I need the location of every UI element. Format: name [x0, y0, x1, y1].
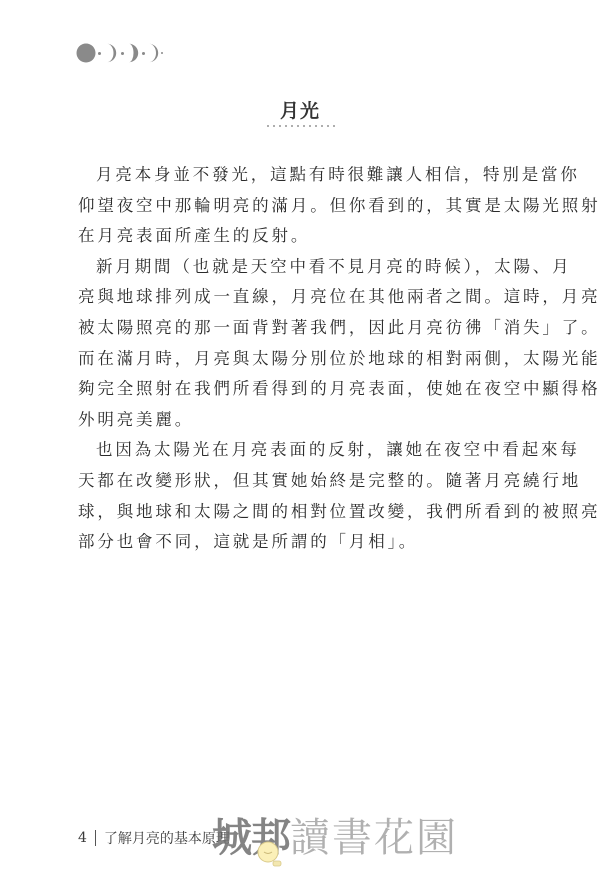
page-footer: 4 了解月亮的基本原理	[78, 828, 230, 848]
text-line: 部分也會不同，這就是所謂的「月相」。	[78, 527, 498, 558]
running-chapter-title: 了解月亮的基本原理	[104, 828, 230, 848]
paragraph-1: 月亮本身並不發光，這點有時很難讓人相信，特別是當你 仰望夜空中那輪明亮的滿月。但…	[78, 160, 498, 252]
text-line: 天都在改變形狀，但其實她始終是完整的。隨著月亮繞行地	[78, 466, 498, 497]
title-dotted-underline	[265, 125, 337, 127]
mascot-bulb-icon	[256, 840, 286, 870]
text-line: 夠完全照射在我們所看得到的月亮表面，使她在夜空中顯得格	[78, 374, 498, 405]
text-line: 被太陽照亮的那一面背對著我們，因此月亮彷彿「消失」了。	[78, 313, 498, 344]
text-line: 球，與地球和太陽之間的相對位置改變，我們所看到的被照亮	[78, 497, 498, 528]
text-line: 而在滿月時，月亮與太陽分別位於地球的相對兩側，太陽光能	[78, 344, 498, 375]
body-text: 月亮本身並不發光，這點有時很難讓人相信，特別是當你 仰望夜空中那輪明亮的滿月。但…	[78, 160, 498, 558]
section-title: 月光	[0, 96, 600, 123]
page-number: 4	[78, 830, 87, 846]
crescent-moon-icon	[147, 43, 159, 63]
watermark-light-text: 讀書花園	[290, 806, 458, 863]
half-moon-icon	[126, 43, 140, 63]
moon-phase-decoration	[76, 42, 165, 64]
dot-separator	[142, 52, 145, 55]
text-line: 月亮本身並不發光，這點有時很難讓人相信，特別是當你	[78, 160, 498, 191]
paragraph-2: 新月期間（也就是天空中看不見月亮的時候），太陽、月 亮與地球排列成一直線，月亮位…	[78, 252, 498, 436]
footer-divider	[95, 830, 96, 846]
text-line: 新月期間（也就是天空中看不見月亮的時候），太陽、月	[78, 252, 498, 283]
paragraph-3: 也因為太陽光在月亮表面的反射，讓她在夜空中看起來每 天都在改變形狀，但其實她始終…	[78, 435, 498, 557]
waning-gibbous-icon	[103, 43, 119, 63]
text-line: 也因為太陽光在月亮表面的反射，讓她在夜空中看起來每	[78, 435, 498, 466]
full-moon-icon	[76, 43, 96, 63]
publisher-watermark: 城邦 讀書花園	[212, 806, 458, 863]
text-line: 亮與地球排列成一直線，月亮位在其他兩者之間。這時，月亮	[78, 282, 498, 313]
text-line: 外明亮美麗。	[78, 405, 498, 436]
dot-separator	[98, 52, 101, 55]
text-line: 在月亮表面所產生的反射。	[78, 221, 498, 252]
dot-separator	[161, 52, 163, 54]
text-line: 仰望夜空中那輪明亮的滿月。但你看到的，其實是太陽光照射	[78, 191, 498, 222]
dot-separator	[121, 52, 124, 55]
